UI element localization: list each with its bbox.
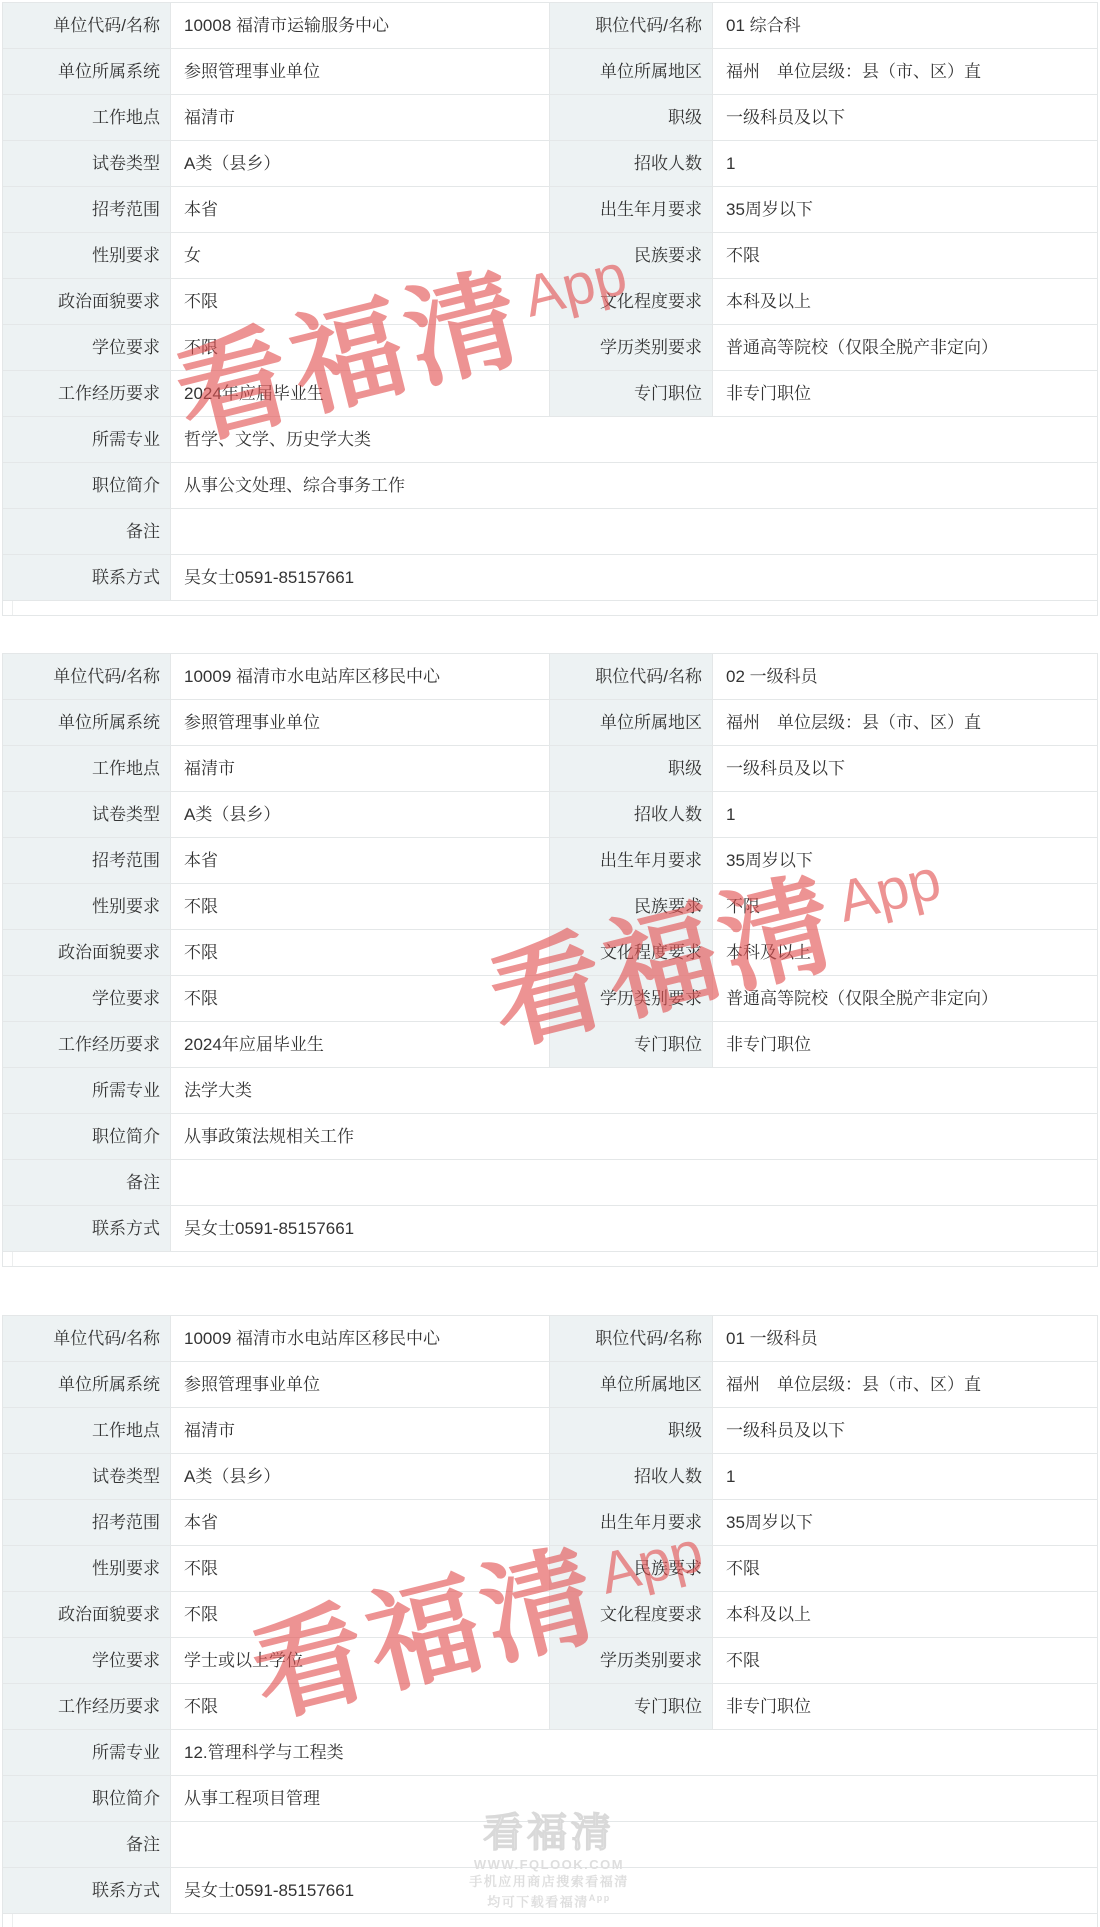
table-row: 招考范围本省出生年月要求35周岁以下 (3, 187, 1097, 233)
field-label: 单位所属地区 (550, 700, 713, 745)
field-value: 2024年应届毕业生 (171, 1022, 550, 1067)
spacer-cell (3, 601, 13, 615)
field-value: 35周岁以下 (713, 838, 1097, 883)
field-value: 本省 (171, 1500, 550, 1545)
field-label: 单位所属系统 (3, 49, 171, 94)
table-row: 工作经历要求不限专门职位非专门职位 (3, 1684, 1097, 1730)
field-value: 学士或以上学位 (171, 1638, 550, 1683)
field-label: 民族要求 (550, 1546, 713, 1591)
field-value: 不限 (171, 279, 550, 324)
field-value: 10008 福清市运输服务中心 (171, 3, 550, 48)
table-row-wide: 备注 (3, 509, 1097, 555)
table-row: 政治面貌要求不限文化程度要求本科及以上 (3, 279, 1097, 325)
field-label: 职级 (550, 95, 713, 140)
table-row: 单位所属系统参照管理事业单位单位所属地区福州 单位层级：县（市、区）直 (3, 700, 1097, 746)
field-label: 所需专业 (3, 1068, 171, 1113)
field-label: 单位所属地区 (550, 1362, 713, 1407)
table-row: 工作经历要求2024年应届毕业生专门职位非专门职位 (3, 371, 1097, 417)
field-label: 工作地点 (3, 95, 171, 140)
field-value: 不限 (171, 1684, 550, 1729)
field-value: 女 (171, 233, 550, 278)
field-value: 10009 福清市水电站库区移民中心 (171, 654, 550, 699)
field-value: 不限 (171, 930, 550, 975)
field-value: 02 一级科员 (713, 654, 1097, 699)
field-value: 不限 (171, 976, 550, 1021)
field-label: 文化程度要求 (550, 1592, 713, 1637)
field-value: 本科及以上 (713, 279, 1097, 324)
field-value: 一级科员及以下 (713, 1408, 1097, 1453)
table-row-wide: 联系方式吴女士0591-85157661 (3, 1868, 1097, 1914)
table-row: 单位所属系统参照管理事业单位单位所属地区福州 单位层级：县（市、区）直 (3, 49, 1097, 95)
table-row: 政治面貌要求不限文化程度要求本科及以上 (3, 930, 1097, 976)
field-value: 非专门职位 (713, 371, 1097, 416)
field-label: 文化程度要求 (550, 930, 713, 975)
field-label: 联系方式 (3, 555, 171, 600)
field-value: 1 (713, 141, 1097, 186)
table-row: 试卷类型A类（县乡）招收人数1 (3, 141, 1097, 187)
table-row: 单位代码/名称10009 福清市水电站库区移民中心职位代码/名称02 一级科员 (3, 654, 1097, 700)
field-label: 出生年月要求 (550, 1500, 713, 1545)
field-value: 35周岁以下 (713, 187, 1097, 232)
field-value: 本省 (171, 838, 550, 883)
field-value: 参照管理事业单位 (171, 1362, 550, 1407)
field-value: 不限 (171, 325, 550, 370)
field-value: 福清市 (171, 95, 550, 140)
field-value: 从事公文处理、综合事务工作 (171, 463, 1097, 508)
table-row-wide: 职位简介从事政策法规相关工作 (3, 1114, 1097, 1160)
table-row-wide: 联系方式吴女士0591-85157661 (3, 555, 1097, 601)
field-label: 出生年月要求 (550, 187, 713, 232)
field-value: 不限 (713, 233, 1097, 278)
field-label: 工作经历要求 (3, 1022, 171, 1067)
field-label: 学位要求 (3, 1638, 171, 1683)
field-label: 备注 (3, 1822, 171, 1867)
field-value: 1 (713, 792, 1097, 837)
field-value: 非专门职位 (713, 1684, 1097, 1729)
field-value: 不限 (713, 1638, 1097, 1683)
table-row: 性别要求女民族要求不限 (3, 233, 1097, 279)
field-label: 单位代码/名称 (3, 3, 171, 48)
field-label: 学历类别要求 (550, 1638, 713, 1683)
field-value: 本科及以上 (713, 930, 1097, 975)
field-label: 单位所属系统 (3, 700, 171, 745)
field-value: 1 (713, 1454, 1097, 1499)
field-label: 职位代码/名称 (550, 654, 713, 699)
field-value: 福州 单位层级：县（市、区）直 (713, 700, 1097, 745)
field-value: 12.管理科学与工程类 (171, 1730, 1097, 1775)
table-row-wide: 联系方式吴女士0591-85157661 (3, 1206, 1097, 1252)
field-value (171, 1822, 1097, 1867)
field-label: 学位要求 (3, 325, 171, 370)
field-value: 不限 (171, 884, 550, 929)
field-label: 职位代码/名称 (550, 1316, 713, 1361)
table-row: 工作地点福清市职级一级科员及以下 (3, 1408, 1097, 1454)
field-label: 职级 (550, 1408, 713, 1453)
field-value: 01 一级科员 (713, 1316, 1097, 1361)
field-label: 试卷类型 (3, 141, 171, 186)
table-footer-spacer-row (3, 601, 1097, 616)
field-label: 学位要求 (3, 976, 171, 1021)
field-value: 本省 (171, 187, 550, 232)
field-value: 吴女士0591-85157661 (171, 1868, 1097, 1913)
table-row-wide: 职位简介从事公文处理、综合事务工作 (3, 463, 1097, 509)
table-row-wide: 备注 (3, 1160, 1097, 1206)
field-value: 10009 福清市水电站库区移民中心 (171, 1316, 550, 1361)
field-label: 招收人数 (550, 1454, 713, 1499)
field-value: A类（县乡） (171, 792, 550, 837)
spacer-cell (13, 1914, 1097, 1927)
table-row-wide: 所需专业法学大类 (3, 1068, 1097, 1114)
table-row: 试卷类型A类（县乡）招收人数1 (3, 1454, 1097, 1500)
field-value: 福州 单位层级：县（市、区）直 (713, 1362, 1097, 1407)
table-row: 政治面貌要求不限文化程度要求本科及以上 (3, 1592, 1097, 1638)
table-row: 工作经历要求2024年应届毕业生专门职位非专门职位 (3, 1022, 1097, 1068)
field-label: 工作经历要求 (3, 1684, 171, 1729)
table-footer-spacer-row (3, 1252, 1097, 1267)
field-value: 哲学、文学、历史学大类 (171, 417, 1097, 462)
field-value: 不限 (713, 1546, 1097, 1591)
field-label: 招考范围 (3, 838, 171, 883)
field-value: 2024年应届毕业生 (171, 371, 550, 416)
field-value: 本科及以上 (713, 1592, 1097, 1637)
field-label: 试卷类型 (3, 1454, 171, 1499)
field-label: 职位简介 (3, 1114, 171, 1159)
table-row: 招考范围本省出生年月要求35周岁以下 (3, 838, 1097, 884)
field-label: 出生年月要求 (550, 838, 713, 883)
field-label: 专门职位 (550, 1022, 713, 1067)
field-value: 01 综合科 (713, 3, 1097, 48)
field-label: 单位所属地区 (550, 49, 713, 94)
table-row-wide: 所需专业哲学、文学、历史学大类 (3, 417, 1097, 463)
field-label: 学历类别要求 (550, 325, 713, 370)
field-label: 所需专业 (3, 1730, 171, 1775)
field-value: 35周岁以下 (713, 1500, 1097, 1545)
table-row-wide: 职位简介从事工程项目管理 (3, 1776, 1097, 1822)
field-value: A类（县乡） (171, 141, 550, 186)
field-label: 性别要求 (3, 1546, 171, 1591)
table-row-wide: 备注 (3, 1822, 1097, 1868)
job-listing-page: { "watermarks": { "pink": { "cn": "看福清",… (0, 0, 1100, 1927)
table-footer-spacer-row (3, 1914, 1097, 1927)
field-value: A类（县乡） (171, 1454, 550, 1499)
field-label: 联系方式 (3, 1206, 171, 1251)
field-label: 工作地点 (3, 1408, 171, 1453)
field-label: 工作地点 (3, 746, 171, 791)
spacer-cell (13, 1252, 1097, 1266)
job-table-3: 单位代码/名称10009 福清市水电站库区移民中心职位代码/名称01 一级科员单… (2, 1315, 1098, 1927)
table-row: 性别要求不限民族要求不限 (3, 1546, 1097, 1592)
job-table-1: 单位代码/名称10008 福清市运输服务中心职位代码/名称01 综合科单位所属系… (2, 2, 1098, 616)
table-row: 招考范围本省出生年月要求35周岁以下 (3, 1500, 1097, 1546)
field-value (171, 1160, 1097, 1205)
field-label: 职级 (550, 746, 713, 791)
table-row: 试卷类型A类（县乡）招收人数1 (3, 792, 1097, 838)
field-value: 普通高等院校（仅限全脱产非定向） (713, 976, 1097, 1021)
field-value: 福清市 (171, 1408, 550, 1453)
field-value: 从事工程项目管理 (171, 1776, 1097, 1821)
field-value: 参照管理事业单位 (171, 49, 550, 94)
table-row: 学位要求不限学历类别要求普通高等院校（仅限全脱产非定向） (3, 976, 1097, 1022)
field-label: 专门职位 (550, 371, 713, 416)
spacer-cell (3, 1914, 13, 1927)
field-label: 试卷类型 (3, 792, 171, 837)
field-value: 吴女士0591-85157661 (171, 1206, 1097, 1251)
field-value: 参照管理事业单位 (171, 700, 550, 745)
field-label: 所需专业 (3, 417, 171, 462)
spacer-cell (3, 1252, 13, 1266)
table-row: 性别要求不限民族要求不限 (3, 884, 1097, 930)
field-label: 性别要求 (3, 884, 171, 929)
field-label: 招收人数 (550, 141, 713, 186)
field-label: 招考范围 (3, 1500, 171, 1545)
field-label: 职位简介 (3, 1776, 171, 1821)
field-label: 备注 (3, 509, 171, 554)
field-value: 非专门职位 (713, 1022, 1097, 1067)
field-label: 性别要求 (3, 233, 171, 278)
field-value: 普通高等院校（仅限全脱产非定向） (713, 325, 1097, 370)
field-value: 不限 (171, 1546, 550, 1591)
field-label: 专门职位 (550, 1684, 713, 1729)
field-value: 一级科员及以下 (713, 95, 1097, 140)
table-row: 单位代码/名称10009 福清市水电站库区移民中心职位代码/名称01 一级科员 (3, 1316, 1097, 1362)
field-label: 民族要求 (550, 884, 713, 929)
field-label: 职位简介 (3, 463, 171, 508)
field-label: 单位代码/名称 (3, 1316, 171, 1361)
field-label: 民族要求 (550, 233, 713, 278)
table-row: 单位所属系统参照管理事业单位单位所属地区福州 单位层级：县（市、区）直 (3, 1362, 1097, 1408)
table-row: 学位要求学士或以上学位学历类别要求不限 (3, 1638, 1097, 1684)
field-label: 招收人数 (550, 792, 713, 837)
table-row: 工作地点福清市职级一级科员及以下 (3, 95, 1097, 141)
table-row: 单位代码/名称10008 福清市运输服务中心职位代码/名称01 综合科 (3, 3, 1097, 49)
field-label: 招考范围 (3, 187, 171, 232)
field-label: 单位代码/名称 (3, 654, 171, 699)
table-row: 学位要求不限学历类别要求普通高等院校（仅限全脱产非定向） (3, 325, 1097, 371)
field-label: 职位代码/名称 (550, 3, 713, 48)
field-value: 法学大类 (171, 1068, 1097, 1113)
field-value (171, 509, 1097, 554)
job-table-2: 单位代码/名称10009 福清市水电站库区移民中心职位代码/名称02 一级科员单… (2, 653, 1098, 1267)
field-value: 不限 (713, 884, 1097, 929)
field-label: 政治面貌要求 (3, 279, 171, 324)
table-row-wide: 所需专业12.管理科学与工程类 (3, 1730, 1097, 1776)
field-label: 联系方式 (3, 1868, 171, 1913)
field-label: 学历类别要求 (550, 976, 713, 1021)
spacer-cell (13, 601, 1097, 615)
table-row: 工作地点福清市职级一级科员及以下 (3, 746, 1097, 792)
field-value: 福州 单位层级：县（市、区）直 (713, 49, 1097, 94)
field-label: 政治面貌要求 (3, 1592, 171, 1637)
field-value: 不限 (171, 1592, 550, 1637)
field-label: 单位所属系统 (3, 1362, 171, 1407)
field-label: 政治面貌要求 (3, 930, 171, 975)
field-label: 备注 (3, 1160, 171, 1205)
field-label: 文化程度要求 (550, 279, 713, 324)
field-value: 从事政策法规相关工作 (171, 1114, 1097, 1159)
field-value: 吴女士0591-85157661 (171, 555, 1097, 600)
field-value: 一级科员及以下 (713, 746, 1097, 791)
field-label: 工作经历要求 (3, 371, 171, 416)
field-value: 福清市 (171, 746, 550, 791)
